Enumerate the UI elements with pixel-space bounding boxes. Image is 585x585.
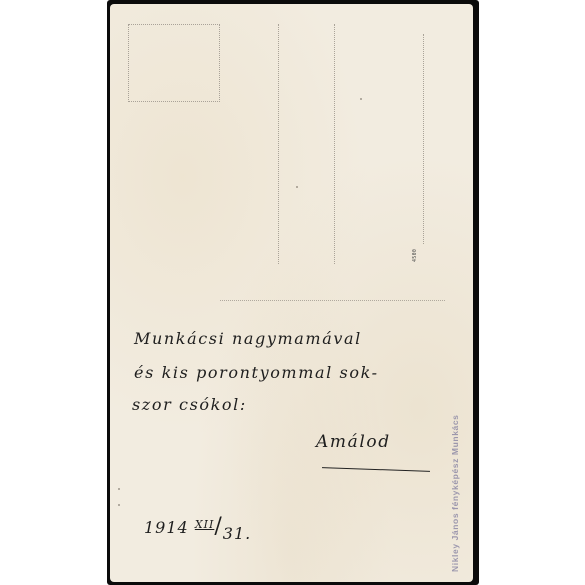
- date-month: XII: [195, 518, 215, 531]
- address-divider-line-3: [423, 34, 424, 244]
- printer-mark: 4500: [412, 249, 418, 262]
- message-line-1: Munkácsi nagymamával: [134, 329, 362, 348]
- date-slash: /: [214, 514, 222, 539]
- address-divider-line-1: [278, 24, 279, 264]
- paper-speck: [118, 504, 120, 506]
- address-divider-line-2: [334, 24, 335, 264]
- paper-speck: [360, 98, 362, 100]
- message-divider-line: [220, 300, 445, 301]
- paper-speck: [118, 488, 120, 490]
- signature: Amálod: [316, 432, 391, 452]
- handwritten-date: 1914 XII/31.: [144, 514, 251, 539]
- message-line-2: és kis porontyommal sok-: [134, 363, 379, 382]
- postcard-back: 4500 Munkácsi nagymamával és kis poronty…: [110, 4, 473, 582]
- stamp-placement-box: [128, 24, 220, 102]
- date-day: 31.: [223, 524, 251, 543]
- message-line-3: szor csókol:: [132, 395, 247, 414]
- date-year: 1914: [144, 518, 189, 537]
- photographer-studio-stamp: Nikley János fényképész Munkács: [450, 415, 460, 573]
- signature-underline: [322, 467, 430, 472]
- paper-speck: [296, 186, 298, 188]
